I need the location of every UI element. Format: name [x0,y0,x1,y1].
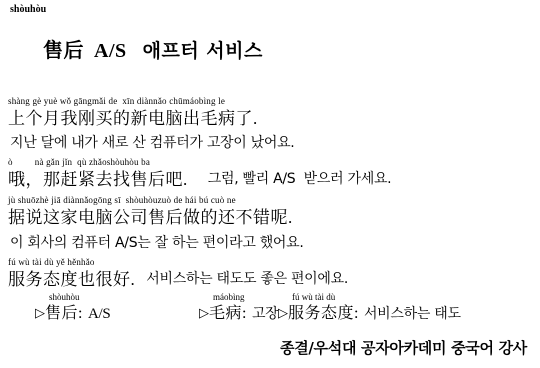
lesson-title-block: shòuhòu 售后A/S애프터 서비스 [10,5,263,87]
dialogue-line-2: ò nà gǎn jǐn qù zhǎoshòuhòu ba 哦，那赶紧去找售后… [8,157,391,192]
vocab-pinyin: máobìng [199,292,278,303]
chinese-sentence: 上个月我刚买的新电脑出毛病了. [8,109,258,128]
korean-translation: 그럼, 빨리 A/S 받으러 가세요. [208,171,392,187]
lesson-page: shòuhòu 售后A/S애프터 서비스 shàng gè yuè wǒ gān… [0,0,540,368]
chinese-sentence: 服务态度也很好. [8,270,135,289]
pinyin-annotation: fú wù tài dù yě hěnhǎo [8,257,348,268]
dialogue-line-1-chinese: shàng gè yuè wǒ gāngmǎi de xīn diànnǎo c… [8,96,258,131]
chinese-sentence: 哦，那赶紧去找售后吧. [8,170,188,189]
vocab-meaning: 고장 [252,306,278,322]
vocab-term: 毛病: [209,305,247,322]
dialogue-line-3-korean: 이 회사의 컴퓨터 A/S는 잘 하는 편이라고 했어요. [10,232,304,252]
dialogue-line-3-chinese: jù shuōzhè jiā diànnǎogōng sī shòuhòuzuò… [8,195,293,230]
vocab-item-fuwutaidu: fú wù tài dù ▷服务态度:서비스하는 태도 [278,292,461,324]
vocab-meaning: 서비스하는 태도 [364,306,461,322]
vocab-pinyin: shòuhòu [35,292,110,303]
vocab-row: shòuhòu ▷售后:A/S máobìng ▷毛病:고장 fú wù tài… [35,292,535,326]
footer-credit: 종결/우석대 공자아카데미 중국어 강사 [280,337,527,358]
triangle-bullet-icon: ▷ [199,305,209,320]
dialogue-line-1-korean: 지난 달에 내가 새로 산 컴퓨터가 고장이 났어요. [10,132,294,152]
pinyin-annotation: shàng gè yuè wǒ gāngmǎi de xīn diànnǎo c… [8,96,258,107]
lesson-title: 售后A/S애프터 서비스 [10,15,263,87]
vocab-item-shouhou: shòuhòu ▷售后:A/S [35,292,110,324]
vocab-term: 服务态度: [288,305,359,322]
dialogue-line-4: fú wù tài dù yě hěnhǎo 服务态度也很好.서비스하는 태도도… [8,257,348,292]
chinese-sentence: 据说这家电脑公司售后做的还不错呢. [8,208,293,227]
title-korean: 애프터 서비스 [143,40,263,62]
title-latin: A/S [94,40,127,62]
pinyin-annotation: jù shuōzhè jiā diànnǎogōng sī shòuhòuzuò… [8,195,293,206]
triangle-bullet-icon: ▷ [278,305,288,320]
vocab-meaning: A/S [88,306,110,322]
korean-translation: 지난 달에 내가 새로 산 컴퓨터가 고장이 났어요. [10,135,294,151]
vocab-item-maobing: máobìng ▷毛病:고장 [199,292,278,324]
vocab-pinyin: fú wù tài dù [278,292,461,303]
title-pinyin: shòuhòu [10,5,263,15]
pinyin-annotation: ò nà gǎn jǐn qù zhǎoshòuhòu ba [8,157,391,168]
triangle-bullet-icon: ▷ [35,305,45,320]
vocab-term: 售后: [45,305,83,322]
title-hanzi: 售后 [43,40,84,62]
korean-translation: 이 회사의 컴퓨터 A/S는 잘 하는 편이라고 했어요. [10,235,304,251]
korean-translation: 서비스하는 태도도 좋은 편이에요. [146,271,348,287]
